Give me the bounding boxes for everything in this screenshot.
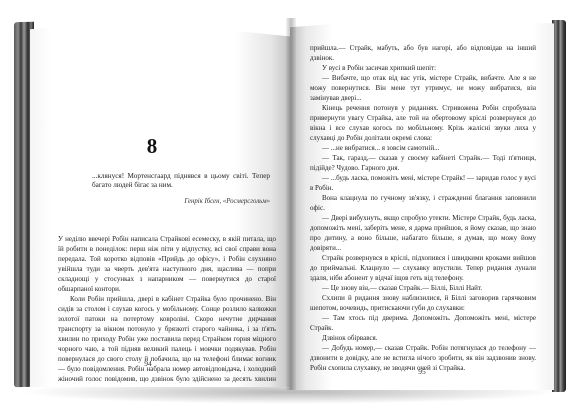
paragraph: — Це знову він,— сказав Страйк.— Біллі, …: [310, 283, 536, 293]
chapter-number: 8: [30, 134, 292, 159]
paragraph: Дзвінок обірвався.: [310, 333, 536, 343]
epigraph-text: ...клянуся! Мортенсгаард піднявся в цьом…: [92, 172, 270, 191]
page-number: 94: [30, 359, 292, 368]
paragraph: — Там хтось під дверима. Допоможіть. Доп…: [310, 313, 536, 333]
epigraph-attribution: Генрік Ібсен, «Росмерсгольм»: [92, 198, 270, 205]
paragraph: Страйк розвернувся в кріслі, підхопився …: [310, 253, 536, 283]
right-page: прийшла.— Страйк, мабуть, або був нагорі…: [290, 16, 554, 390]
open-book: 8 ...клянуся! Мортенсгаард піднявся в ць…: [0, 0, 580, 411]
left-page: 8 ...клянуся! Мортенсгаард піднявся в ць…: [30, 22, 292, 387]
paragraph: Схлипи й ридання знову наблизилися, й Бі…: [310, 293, 536, 313]
paragraph: — Вибачте, що отак від вас утік, містере…: [310, 73, 536, 103]
paragraph: Кінець речення потонув у риданнях. Стрив…: [310, 103, 536, 143]
paragraph: У неділю ввечері Робін написала Страйков…: [58, 234, 276, 294]
paragraph: Вона клацнула по гучному зв'язку, і стра…: [310, 193, 536, 213]
right-page-stack-edge: [552, 20, 566, 392]
right-page-body: прийшла.— Страйк, мабуть, або був нагорі…: [310, 43, 536, 373]
paragraph: Коли Робін прийшла, двері в кабінет Стра…: [58, 294, 276, 387]
paragraph: — ...не вибратися... я зовсім самотній..…: [310, 143, 536, 153]
paragraph: — Двері вибухнуть, якщо спробую утекти. …: [310, 213, 536, 253]
paragraph: прийшла.— Страйк, мабуть, або був нагорі…: [310, 43, 536, 63]
page-number: 95: [290, 367, 554, 376]
paragraph: — ...будь ласка, поможіть мені, містере …: [310, 173, 536, 193]
paragraph: У вусі в Робін засичав хрипкий шепіт:: [310, 63, 536, 73]
paragraph: — Так, гаразд,— сказав у своєму кабінеті…: [310, 153, 536, 173]
book-gutter: [286, 18, 296, 390]
